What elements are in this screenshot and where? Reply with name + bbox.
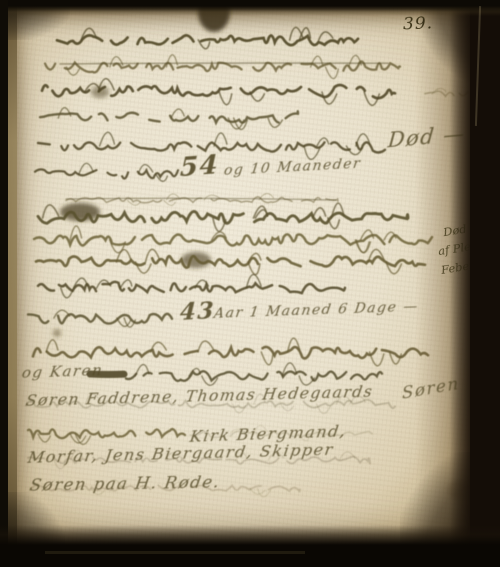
manuscript-photo: Død —54og 10 Maaneder43Aar 1 Maaned 6 Da… xyxy=(0,0,500,567)
handwriting-stroke xyxy=(40,111,298,122)
handwriting-stroke xyxy=(38,282,345,293)
handwriting-stroke xyxy=(86,394,101,404)
handwriting-stroke xyxy=(120,280,132,288)
handwriting-stroke xyxy=(319,32,333,40)
handwriting-stroke xyxy=(60,63,388,64)
handwriting-stroke xyxy=(235,454,247,460)
binding-shadow-fade xyxy=(450,0,472,567)
handwriting-stroke xyxy=(26,400,395,408)
frame-edge-left xyxy=(0,0,8,567)
handwriting-stroke xyxy=(337,396,352,404)
frame-edge-bottom xyxy=(0,525,500,567)
handwriting-stroke xyxy=(43,205,59,218)
handwriting-stroke xyxy=(268,453,284,460)
handwriting-stroke xyxy=(66,198,336,200)
handwriting-stroke xyxy=(28,314,172,324)
ink-stain xyxy=(53,329,61,337)
handwriting-stroke xyxy=(38,142,385,152)
binding-edge-right xyxy=(470,0,500,567)
handwriting-stroke xyxy=(36,256,425,267)
handwriting-stroke xyxy=(35,169,178,178)
page-number: 39. xyxy=(403,13,434,34)
handwriting-stroke xyxy=(46,340,58,352)
handwriting-stroke xyxy=(190,431,372,437)
handwriting-stroke xyxy=(57,35,358,45)
page-edge-left xyxy=(7,0,17,567)
frame-edge-top xyxy=(0,0,500,16)
handwriting-stroke xyxy=(33,347,428,358)
ink-strokes xyxy=(26,27,468,496)
handwriting-stroke xyxy=(219,92,232,105)
handwriting-stroke xyxy=(313,208,326,218)
handwriting-stroke xyxy=(126,371,382,381)
handwriting-stroke xyxy=(38,434,50,442)
ink-stain xyxy=(60,203,100,221)
handwriting-stroke xyxy=(28,457,370,464)
handwriting-stroke xyxy=(28,429,185,438)
handwriting-stroke xyxy=(364,92,379,105)
handwriting-stroke xyxy=(171,109,184,118)
ink-stains xyxy=(53,0,473,500)
handwriting-stroke xyxy=(30,485,300,491)
handwriting-stroke xyxy=(261,352,273,365)
frame-bottom-streak xyxy=(45,551,305,554)
handwriting-stroke xyxy=(90,374,124,375)
handwriting-stroke xyxy=(100,132,115,146)
